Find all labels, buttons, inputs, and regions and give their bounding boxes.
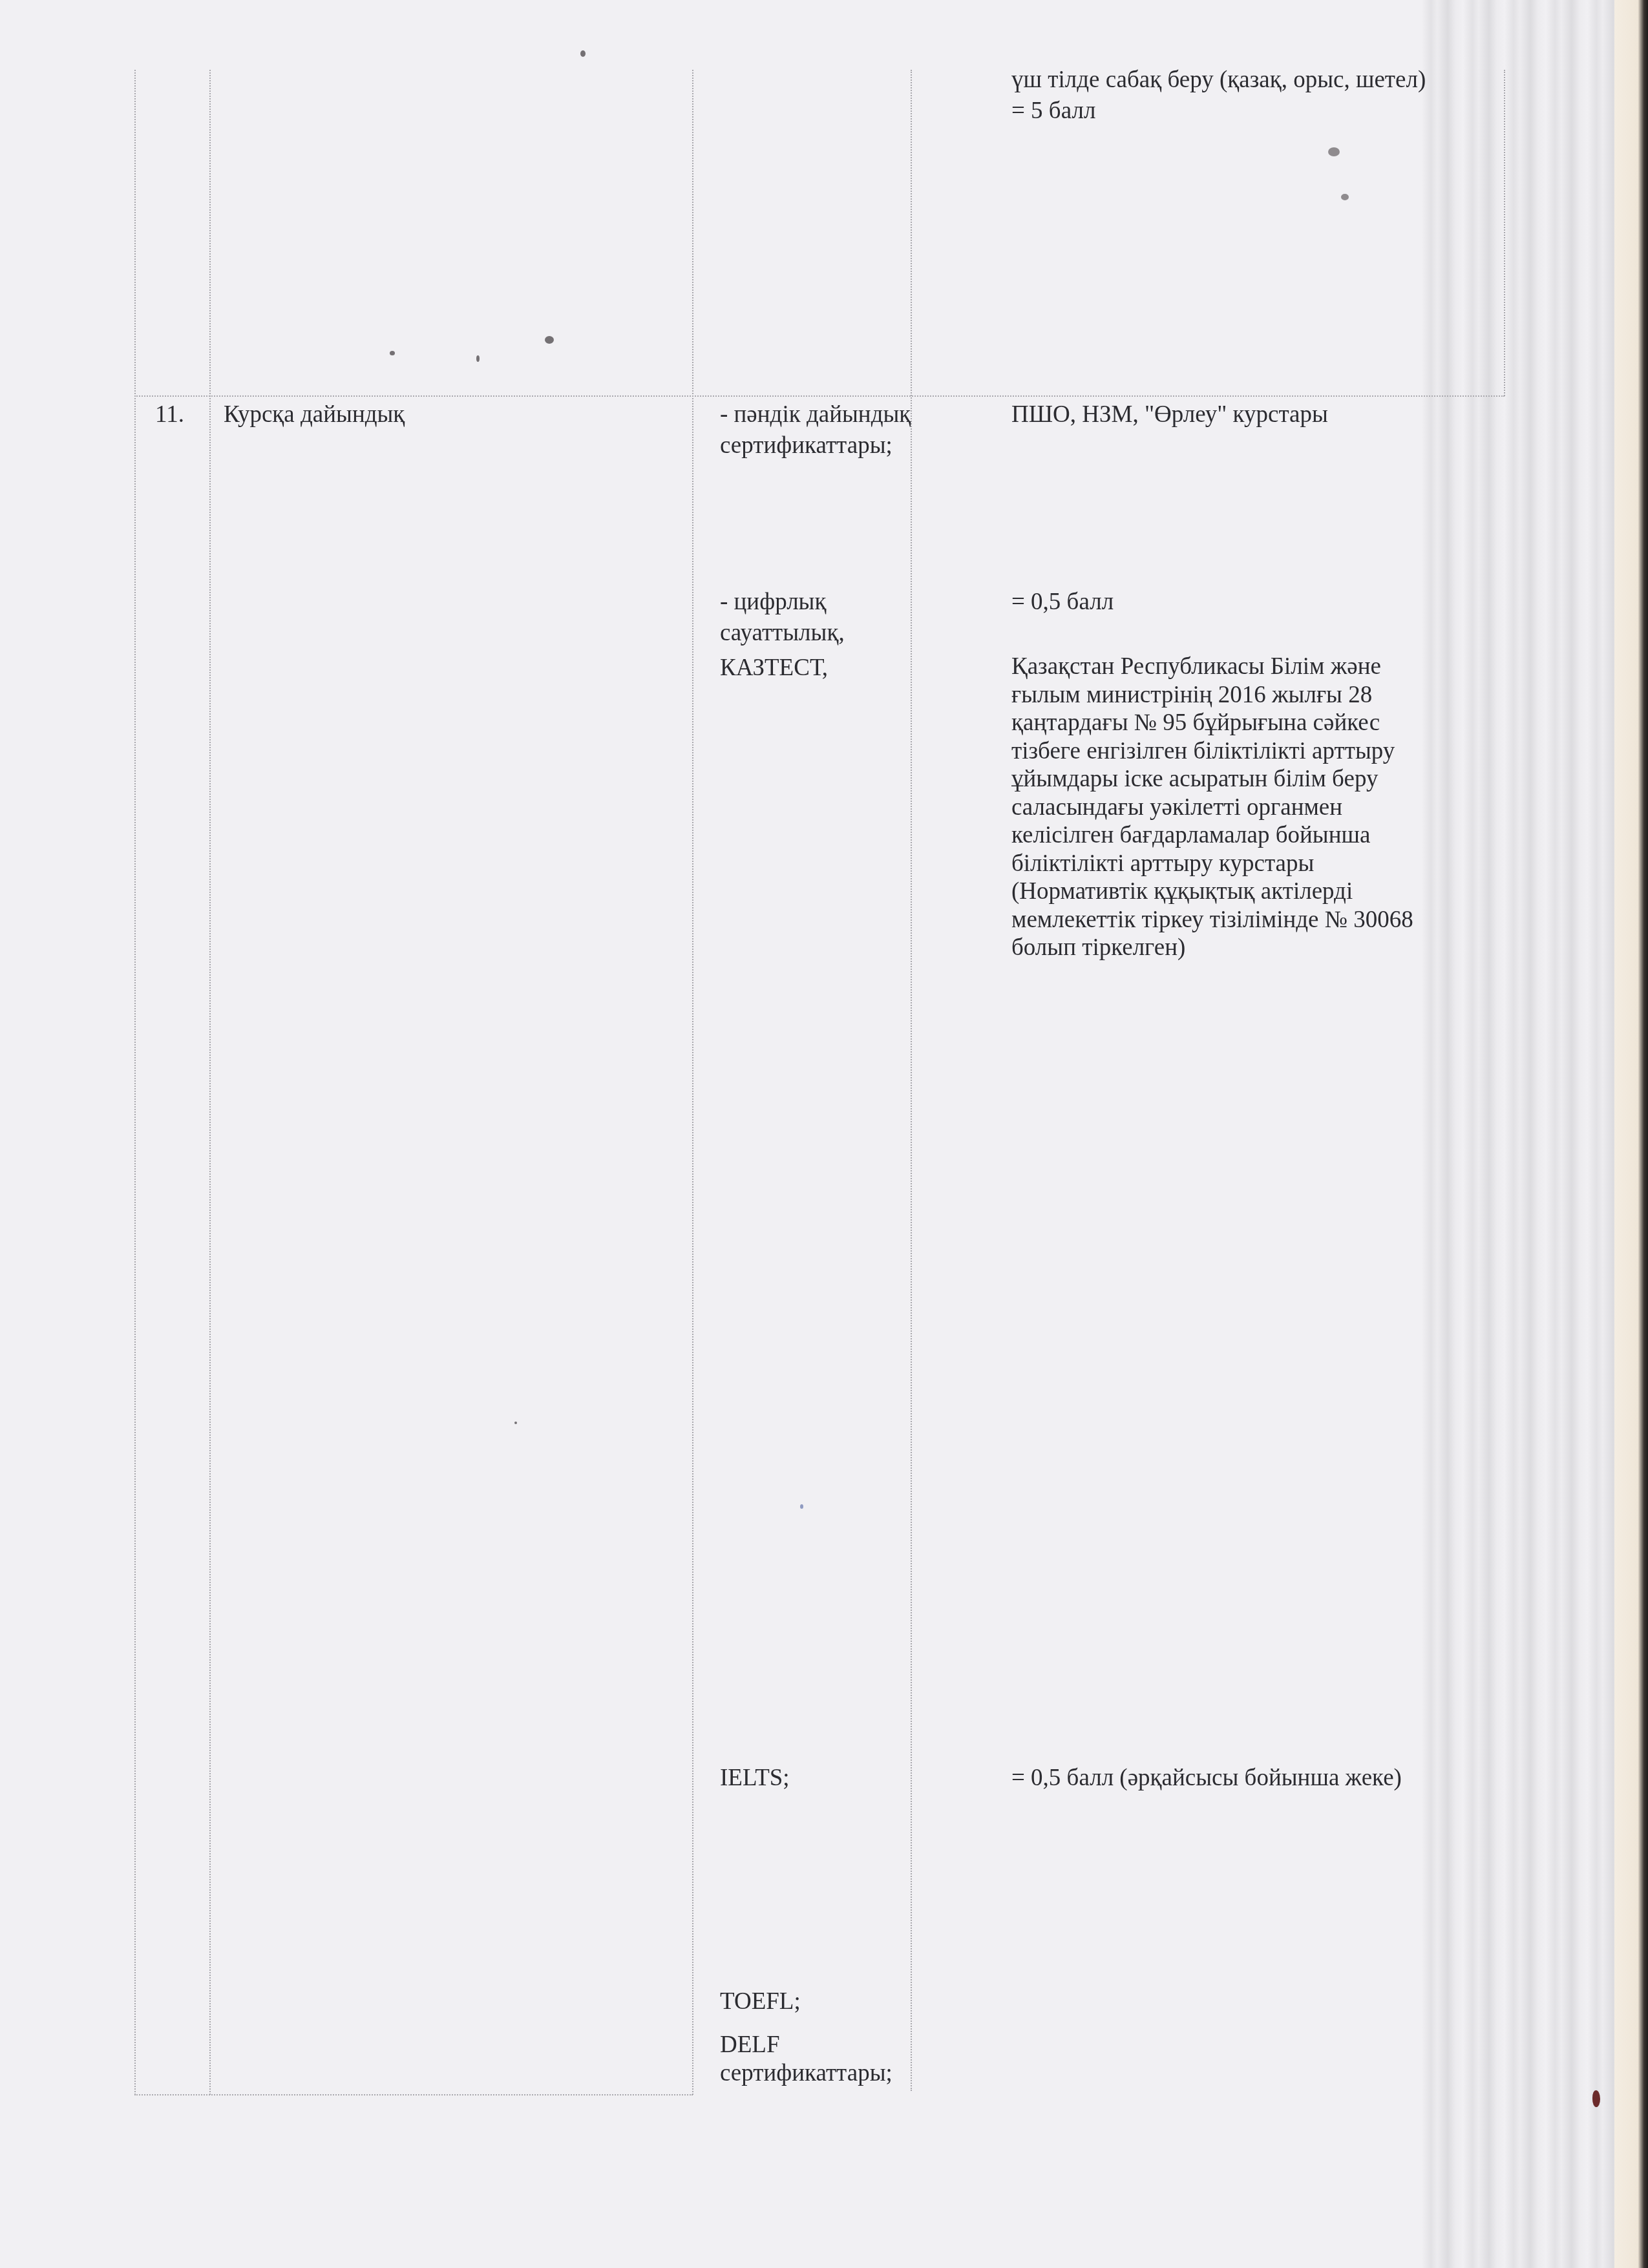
item-criteria-digital-score: = 0,5 балл [1011, 587, 1114, 618]
scan-speck [390, 351, 395, 355]
item-name-ielts: IELTS; [720, 1763, 790, 1794]
table-bottom-border [134, 2094, 693, 2095]
stain-mark [1592, 2090, 1600, 2107]
item-criteria-ministry-order: Қазақстан Республикасы Білім және ғылым … [1011, 653, 1413, 962]
scan-speck [800, 1504, 803, 1509]
table-left-border [134, 70, 136, 2095]
column-divider-2 [692, 70, 693, 2095]
item-name-kaztest: КАЗТЕСТ, [720, 653, 828, 684]
column-divider-3 [911, 70, 912, 2091]
scan-speck [476, 355, 480, 362]
row-separator [134, 395, 1505, 397]
scan-speck [1328, 147, 1340, 156]
column-divider-1 [209, 70, 211, 2095]
row-indicator: Курсқа дайындық [224, 399, 405, 430]
continued-row-criteria: үш тілде сабақ беру (қазақ, орыс, шетел)… [1011, 65, 1426, 127]
page-edge-shadow [1614, 0, 1648, 2268]
table-right-border [1504, 70, 1505, 396]
item-name-toefl: TOEFL; [720, 1986, 801, 2017]
scan-speck [1341, 194, 1349, 200]
scanned-page [0, 0, 1614, 2268]
item-name-delf: DELF сертификаттары; [720, 2031, 893, 2088]
scan-speck [514, 1422, 517, 1424]
item-criteria-language-score: = 0,5 балл (әрқайсысы бойынша жеке) [1011, 1763, 1402, 1794]
scan-speck [545, 336, 554, 344]
scan-streak-artifacts [1422, 0, 1614, 2268]
row-number: 11. [155, 399, 184, 430]
item-criteria-subject-courses: ПШО, НЗМ, "Өрлеу" курстары [1011, 399, 1328, 430]
scan-speck [580, 50, 586, 57]
item-name-digital-literacy: - цифрлық сауаттылық, [720, 587, 845, 649]
item-name-subject-certificates: - пәндік дайындық сертификаттары; [720, 399, 911, 461]
